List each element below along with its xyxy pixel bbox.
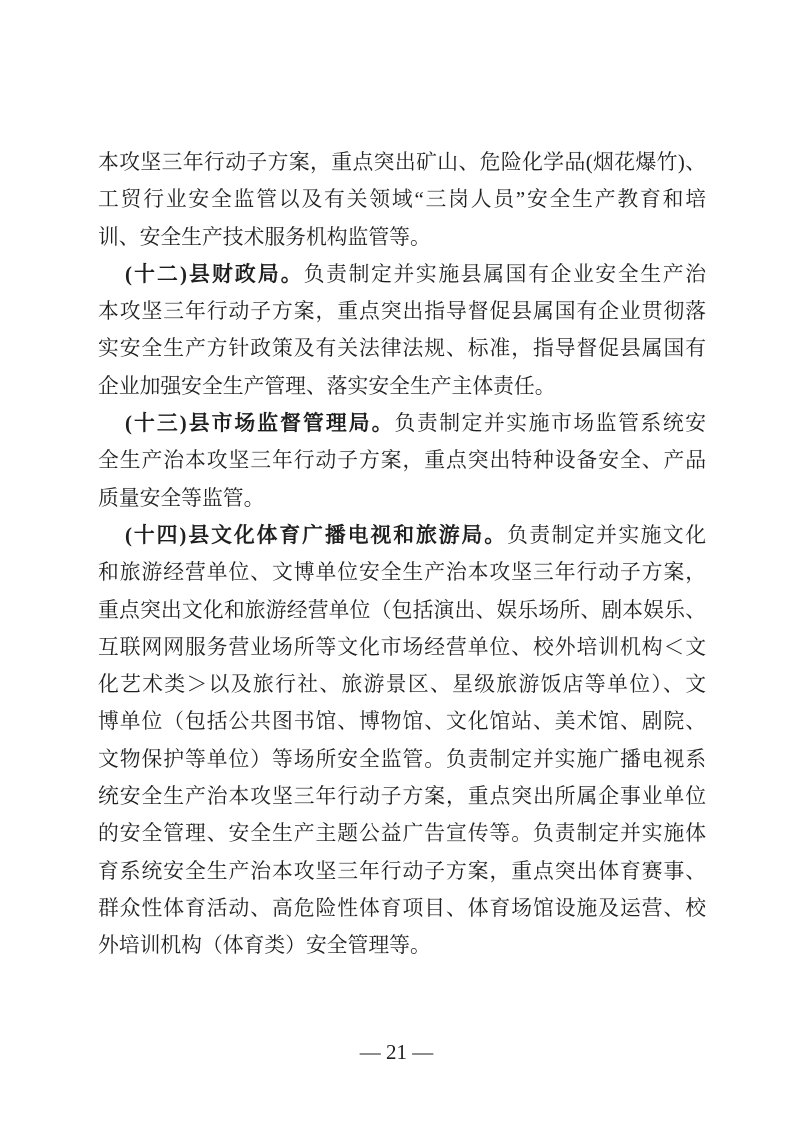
text-line: (十二)县财政局。负责制定并实施县属国有企业安全生产治	[98, 256, 706, 293]
text-line: 重点突出文化和旅游经营单位（包括演出、娱乐场所、剧本娱乐、	[98, 592, 706, 629]
text-line: 工贸行业安全监管以及有关领域“三岗人员”安全生产教育和培	[98, 181, 706, 218]
text-line: 博单位（包括公共图书馆、博物馆、文化馆站、美术馆、剧院、	[98, 703, 706, 740]
text-line: 质量安全等监管。	[98, 480, 706, 517]
text-line: 群众性体育活动、高危险性体育项目、体育场馆设施及运营、校	[98, 890, 706, 927]
page-footer: — 21 —	[0, 1038, 793, 1066]
section-heading: (十二)县财政局。	[125, 263, 304, 286]
text-line: 互联网网服务营业场所等文化市场经营单位、校外培训机构＜文	[98, 629, 706, 666]
document-body: 本攻坚三年行动子方案，重点突出矿山、危险化学品(烟花爆竹)、工贸行业安全监管以及…	[98, 144, 706, 965]
text-line: 本攻坚三年行动子方案，重点突出矿山、危险化学品(烟花爆竹)、	[98, 144, 706, 181]
document-page: 本攻坚三年行动子方案，重点突出矿山、危险化学品(烟花爆竹)、工贸行业安全监管以及…	[0, 0, 793, 1122]
text-line: 统安全生产治本攻坚三年行动子方案，重点突出所属企事业单位	[98, 778, 706, 815]
page-number: — 21 —	[360, 1040, 434, 1064]
text-line: (十三)县市场监督管理局。负责制定并实施市场监管系统安	[98, 405, 706, 442]
paragraph-14-county-culture-sports-radio-tv-tourism-bureau: (十四)县文化体育广播电视和旅游局。负责制定并实施文化和旅游经营单位、文博单位安…	[98, 517, 706, 965]
text-line: 企业加强安全生产管理、落实安全生产主体责任。	[98, 368, 706, 405]
text-line: 全生产治本攻坚三年行动子方案，重点突出特种设备安全、产品	[98, 442, 706, 479]
text-line: 本攻坚三年行动子方案，重点突出指导督促县属国有企业贯彻落	[98, 293, 706, 330]
paragraph-13-county-market-supervision-bureau: (十三)县市场监督管理局。负责制定并实施市场监管系统安全生产治本攻坚三年行动子方…	[98, 405, 706, 517]
text-line: 外培训机构（体育类）安全管理等。	[98, 927, 706, 964]
section-heading: (十四)县文化体育广播电视和旅游局。	[125, 524, 507, 547]
text-line: 文物保护等单位）等场所安全监管。负责制定并实施广播电视系	[98, 741, 706, 778]
text-line: (十四)县文化体育广播电视和旅游局。负责制定并实施文化	[98, 517, 706, 554]
text-line: 化艺术类＞以及旅行社、旅游景区、星级旅游饭店等单位）、文	[98, 666, 706, 703]
paragraph-12-county-finance-bureau: (十二)县财政局。负责制定并实施县属国有企业安全生产治本攻坚三年行动子方案，重点…	[98, 256, 706, 405]
section-heading: (十三)县市场监督管理局。	[125, 412, 394, 435]
text-line: 育系统安全生产治本攻坚三年行动子方案，重点突出体育赛事、	[98, 853, 706, 890]
text-line: 和旅游经营单位、文博单位安全生产治本攻坚三年行动子方案，	[98, 554, 706, 591]
text-line: 实安全生产方针政策及有关法律法规、标准，指导督促县属国有	[98, 330, 706, 367]
paragraph-emergency-bureau-continuation: 本攻坚三年行动子方案，重点突出矿山、危险化学品(烟花爆竹)、工贸行业安全监管以及…	[98, 144, 706, 256]
text-line: 训、安全生产技术服务机构监管等。	[98, 219, 706, 256]
text-line: 的安全管理、安全生产主题公益广告宣传等。负责制定并实施体	[98, 815, 706, 852]
